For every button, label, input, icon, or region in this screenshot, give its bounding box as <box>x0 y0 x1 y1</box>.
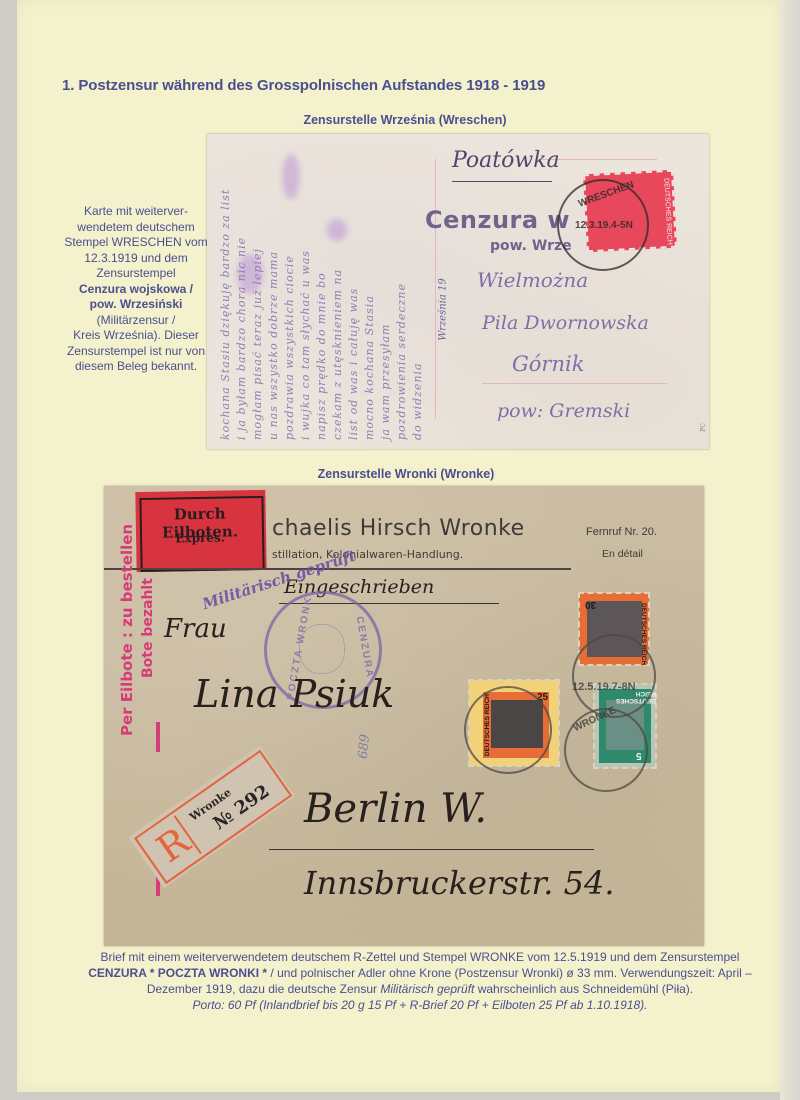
pencil-note: 689 <box>356 733 373 759</box>
ink-smudge <box>282 154 300 199</box>
postcard-side-note: Września 19 <box>438 278 449 340</box>
postcard-image: kochana Stasiu dziękuję bardzo za list i… <box>207 134 709 449</box>
express-label-line2: Exprès. <box>140 530 260 546</box>
registration-label: R Wronke № 292 <box>128 745 295 888</box>
address-line: Berlin W. <box>304 786 487 832</box>
note-line: Stempel WRESCHEN vom <box>60 235 212 251</box>
note-line: 12.3.1919 und dem <box>60 251 212 267</box>
note-line: Zensurstempel <box>60 266 212 282</box>
caption-bold: CENZURA * POCZTA WRONKI * <box>88 966 267 980</box>
ink-smudge <box>327 219 347 241</box>
express-label: Durch Eilboten. Exprès. <box>135 490 266 572</box>
address-rule <box>482 383 667 384</box>
section-heading-wronke: Zensurstelle Wronki (Wronke) <box>6 467 800 481</box>
censor-ring-text-right: CENZURA <box>354 616 376 680</box>
registration-letter: R <box>146 815 202 873</box>
letterhead-detail: En détail <box>602 548 643 560</box>
letterhead-phone: Fernruf Nr. 20. <box>586 526 657 538</box>
note-line: Karte mit weiterver- <box>60 204 212 220</box>
stamp-country: DEUTSCHES REICH <box>662 178 672 245</box>
page-edge <box>780 0 800 1100</box>
note-line: diesem Beleg bekannt. <box>60 359 212 375</box>
address-line: Górnik <box>512 352 584 376</box>
registration-number: № 292 <box>210 781 274 835</box>
caption-porto: Porto: 60 Pf (Inlandbrief bis 20 g 15 Pf… <box>193 998 648 1012</box>
caption-line2: CENZURA * POCZTA WRONKI * / und polnisch… <box>40 965 800 981</box>
caption-text: / und polnischer Adler ohne Krone (Postz… <box>267 966 752 980</box>
caption-line3: Dezember 1919, dazu die deutsche Zensur … <box>40 981 800 997</box>
letterhead-subtitle: stillation, Kolonialwaren-Handlung. <box>272 548 463 561</box>
postcard-description: Karte mit weiterver- wendetem deutschem … <box>60 204 212 375</box>
note-line: Zensurstempel ist nur von <box>60 344 212 360</box>
postcard-header-handwriting: Poatówka <box>452 148 560 173</box>
envelope-caption: Brief mit einem weiterverwendetem deutsc… <box>40 949 800 1013</box>
postmark-wronke <box>464 686 552 774</box>
envelope-image: Durch Eilboten. Exprès. chaelis Hirsch W… <box>104 486 704 946</box>
caption-line4: Porto: 60 Pf (Inlandbrief bis 20 g 15 Pf… <box>40 997 800 1013</box>
section-heading-wreschen: Zensurstelle Września (Wreschen) <box>5 113 800 127</box>
postcard-corner-mark: PC <box>700 423 707 432</box>
address-line: Innsbruckerstr. 54. <box>304 864 615 902</box>
note-line: (Militärzensur / <box>60 313 212 329</box>
address-rule <box>269 849 594 850</box>
registration-frame: R Wronke № 292 <box>134 750 292 884</box>
postcard-divider <box>435 159 436 419</box>
letterhead-name: chaelis Hirsch Wronke <box>272 516 525 541</box>
caption-line1: Brief mit einem weiterverwendetem deutsc… <box>40 949 800 965</box>
caption-text: Dezember 1919, dazu die deutsche Zensur <box>147 982 380 996</box>
note-line-bold: Cenzura wojskowa / <box>60 282 212 298</box>
express-stamp-line1: Per Eilbote : zu bestellen <box>118 524 136 736</box>
caption-italic: Militärisch geprüft <box>380 982 474 996</box>
note-line-bold: pow. Wrzesiński <box>60 297 212 313</box>
note-line: wendetem deutschem <box>60 220 212 236</box>
address-line: pow: Gremski <box>497 400 630 422</box>
express-stamp-line2: Bote bezahlt <box>140 578 156 678</box>
header-underline <box>452 181 552 182</box>
address-line: Wielmożna <box>477 268 588 292</box>
address-line: Pila Dwornowska <box>482 312 649 334</box>
stamp-value: 30 <box>585 599 596 610</box>
caption-text: wahrscheinlich aus Schneidemühl (Piła). <box>474 982 693 996</box>
address-line: Frau <box>164 614 227 644</box>
censor-stamp-line1: Cenzura w <box>425 206 570 234</box>
address-line: Lina Psiuk <box>194 672 394 716</box>
note-line: Kreis Września). Dieser <box>60 328 212 344</box>
express-dash <box>156 722 160 752</box>
postmark-date: 12.5.19.7-8N <box>572 681 636 693</box>
page-title: 1. Postzensur während des Grosspolnische… <box>62 77 545 94</box>
ink-smudge <box>237 254 263 294</box>
postmark-date: 12.3.19.4-5N <box>575 220 633 231</box>
